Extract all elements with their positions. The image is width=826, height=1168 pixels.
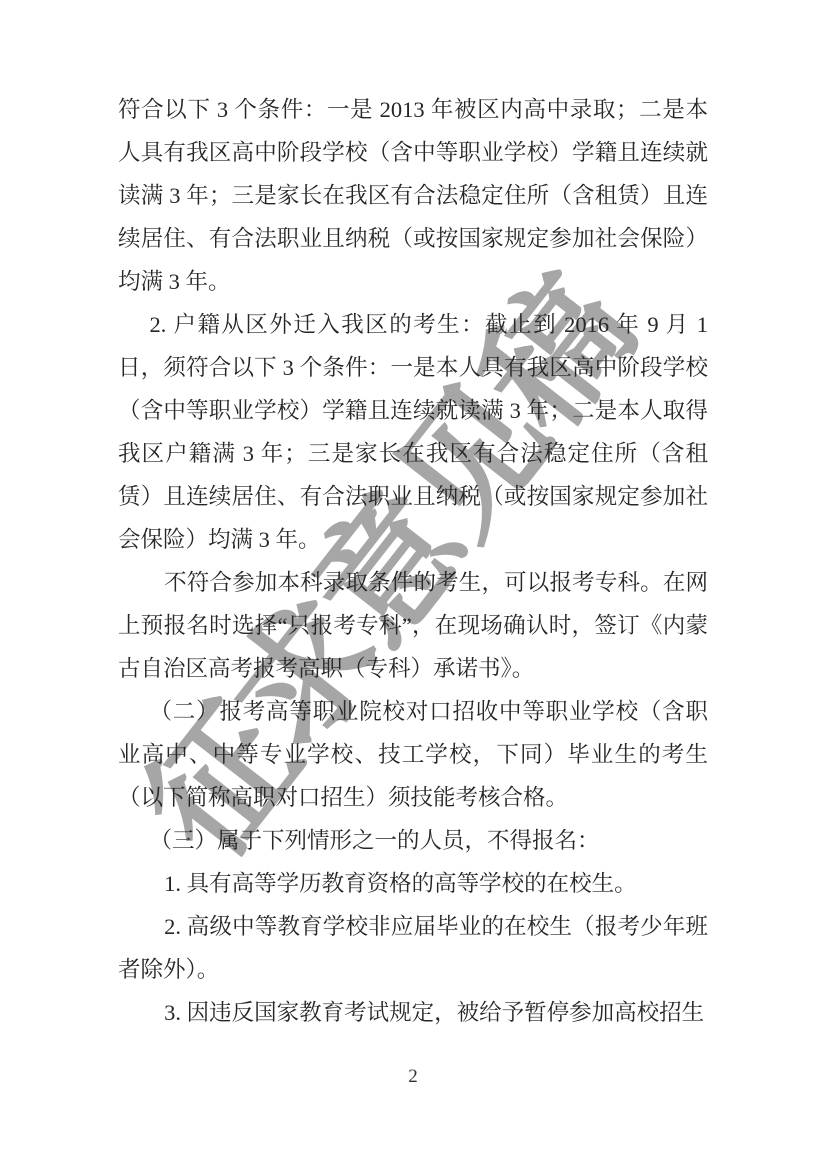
paragraph-ineligible-item-3-truncated: 3. 因违反国家教育考试规定，被给予暂停参加高校招生 <box>118 991 708 1034</box>
paragraph-ineligible-item-1: 1. 具有高等学历教育资格的高等学校的在校生。 <box>118 862 708 905</box>
page-number: 2 <box>0 1066 826 1088</box>
paragraph-section-2-vocational: （二）报考高等职业院校对口招收中等职业学校（含职业高中、中等专业学校、技工学校，… <box>118 690 708 819</box>
paragraph-item-2-household-migrated: 2. 户籍从区外迁入我区的考生：截止到 2016 年 9 月 1 日，须符合以下… <box>118 303 708 561</box>
paragraph-section-3-ineligible-header: （三）属于下列情形之一的人员，不得报名： <box>118 819 708 862</box>
paragraph-zhuanke-option: 不符合参加本科录取条件的考生，可以报考专科。在网上预报名时选择“只报考专科”，在… <box>118 561 708 690</box>
document-page: 征求意见稿 符合以下 3 个条件：一是 2013 年被区内高中录取；二是本人具有… <box>0 0 826 1168</box>
paragraph-ineligible-item-2: 2. 高级中等教育学校非应届毕业的在校生（报考少年班者除外）。 <box>118 905 708 991</box>
document-body: 符合以下 3 个条件：一是 2013 年被区内高中录取；二是本人具有我区高中阶段… <box>118 88 708 1034</box>
paragraph-eligibility-conditions-continued: 符合以下 3 个条件：一是 2013 年被区内高中录取；二是本人具有我区高中阶段… <box>118 88 708 303</box>
